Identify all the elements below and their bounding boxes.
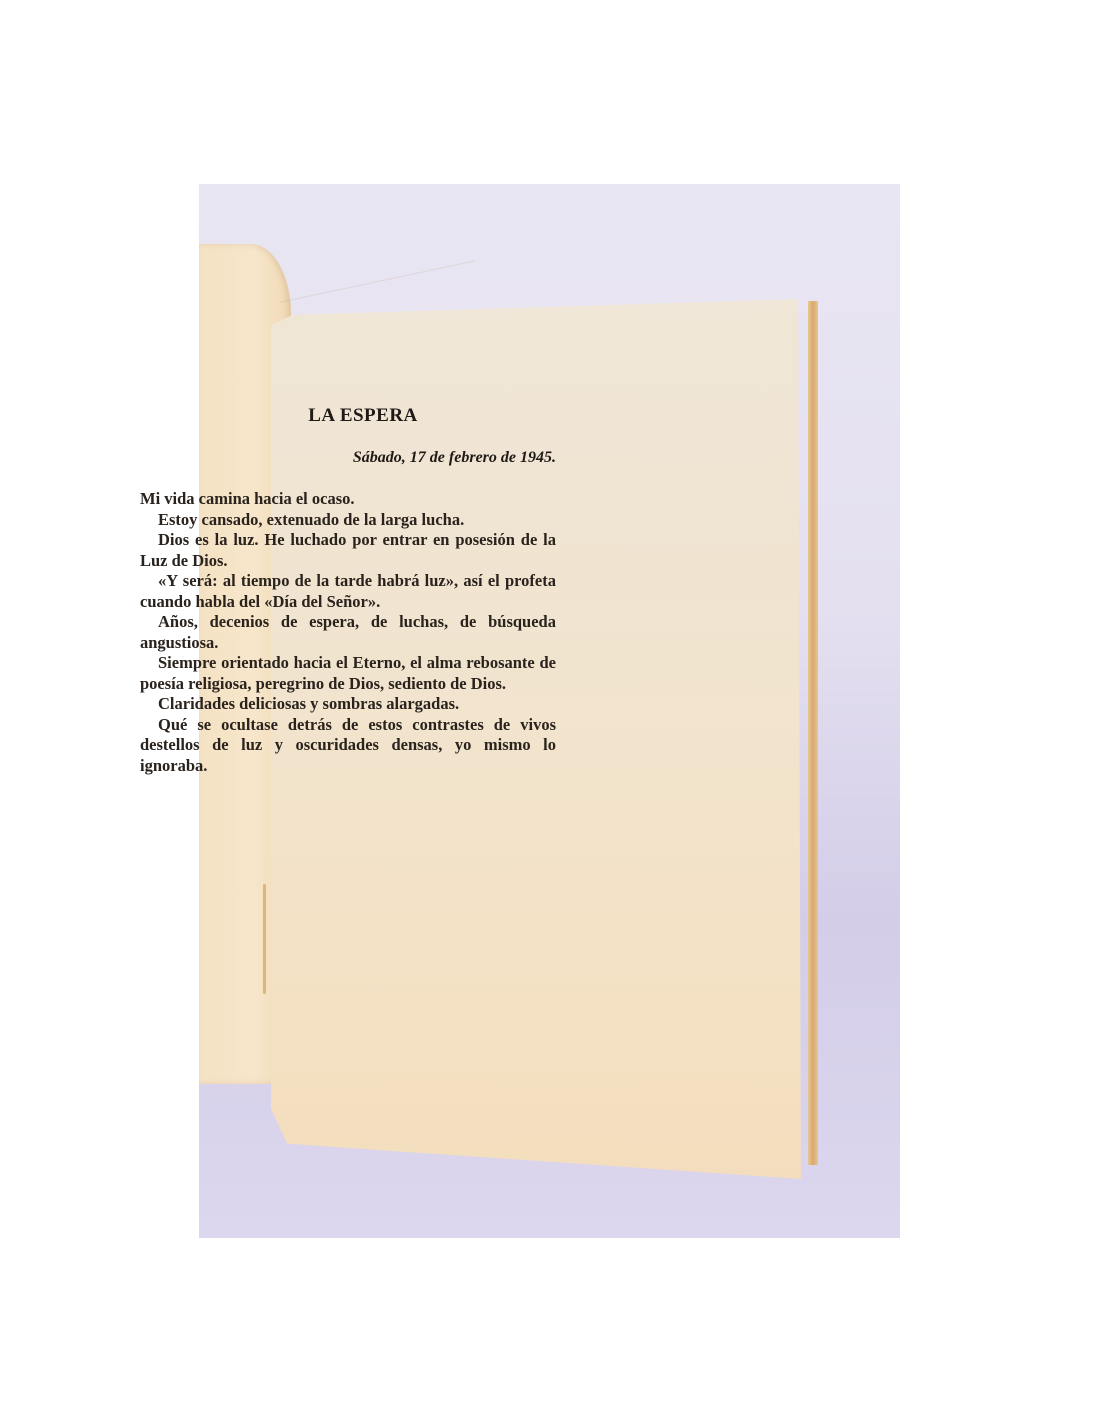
paragraph: Estoy cansado, extenuado de la larga luc… — [140, 510, 556, 531]
paragraph: Dios es la luz. He luchado por entrar en… — [140, 530, 556, 571]
dateline: Sábado, 17 de febrero de 1945. — [140, 449, 556, 467]
chapter-title: LA ESPERA — [170, 405, 556, 427]
page-text: LA ESPERA Sábado, 17 de febrero de 1945.… — [140, 405, 556, 776]
binding-thread — [263, 884, 266, 994]
paragraph: Qué se ocultase detrás de estos contrast… — [140, 715, 556, 777]
paragraph: Años, decenios de espera, de luchas, de … — [140, 612, 556, 653]
paragraph: Siempre orientado hacia el Eterno, el al… — [140, 653, 556, 694]
paragraph: Mi vida camina hacia el ocaso. — [140, 489, 556, 510]
paragraph: «Y será: al tiempo de la tarde habrá luz… — [140, 571, 556, 612]
paragraph: Claridades deliciosas y sombras alargada… — [140, 694, 556, 715]
page-block-edge — [808, 301, 818, 1165]
